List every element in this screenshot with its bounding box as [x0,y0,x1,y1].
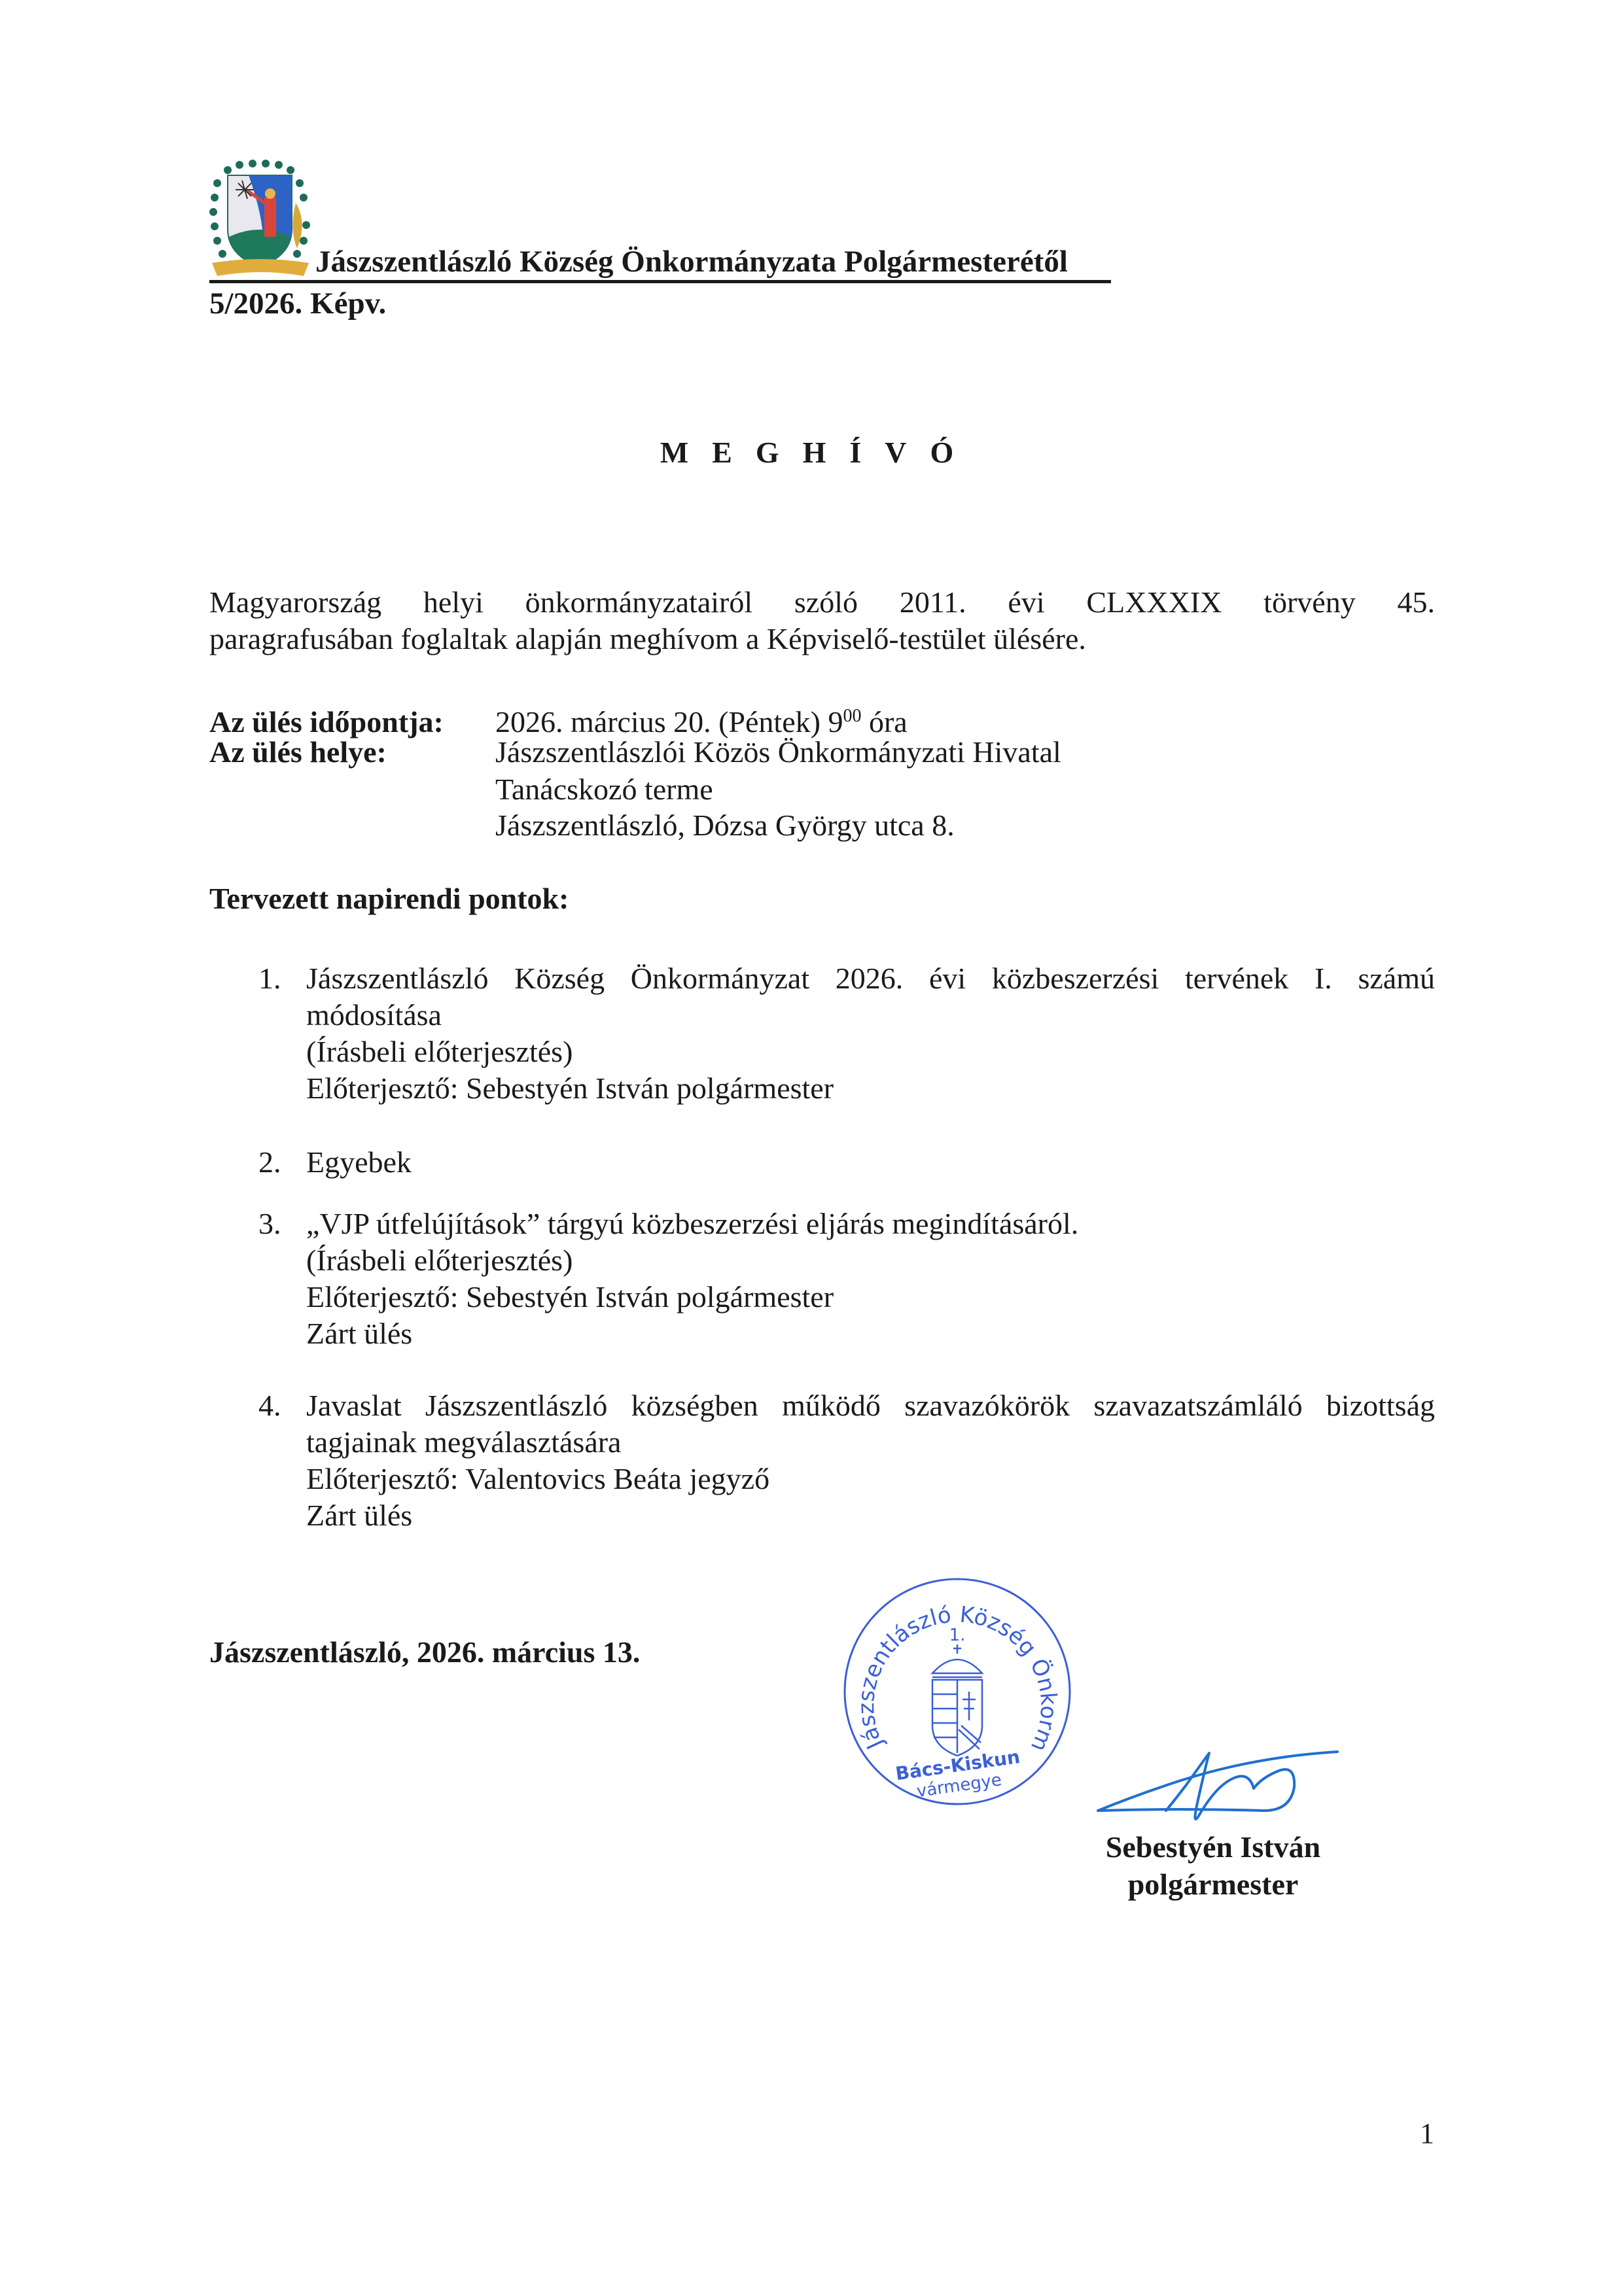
issuer-title: Jászszentlászló Község Önkormányzata Pol… [315,243,1068,280]
document-number: 5/2026. Képv. [209,285,386,322]
intro-line-2: paragrafusában foglaltak alapján meghívo… [209,622,1086,655]
agenda-item-line: Zárt ülés [306,1497,1435,1534]
meeting-place-line: Jászszentlászló, Dózsa György utca 8. [495,807,955,844]
agenda-item-line: Jászszentlászló Község Önkormányzat 2026… [306,960,1435,997]
header-underline [209,280,1111,283]
place-and-date: Jászszentlászló, 2026. március 13. [209,1634,640,1671]
intro-paragraph: Magyarország helyi önkormányzatairól szó… [209,584,1435,657]
agenda-item-line: módosítása [306,997,1435,1034]
svg-text:Jászszentlászló Község Önkormá: Jászszentlászló Község Önkormányzata [841,1575,1062,1755]
meeting-place-line: Jászszentlászlói Közös Önkormányzati Hiv… [495,734,1061,771]
meeting-place-line: Tanácskozó terme [495,771,713,808]
agenda-item-line: Előterjesztő: Sebestyén István polgármes… [306,1279,1435,1315]
agenda-item-line: „VJP útfelújítások” tárgyú közbeszerzési… [306,1206,1435,1242]
intro-line-1: Magyarország helyi önkormányzatairól szó… [209,584,1435,621]
agenda-item-line: (Írásbeli előterjesztés) [306,1242,1435,1279]
document-title: MEGHÍVÓ [0,434,1624,471]
meeting-time-minutes: 00 [843,706,861,726]
signer-name: Sebestyén István [1094,1829,1332,1866]
page-number: 1 [1420,2117,1434,2150]
coat-of-arms-icon [208,157,313,278]
agenda-item-line: Javaslat Jászszentlászló községben működ… [306,1387,1435,1424]
agenda-heading: Tervezett napirendi pontok: [209,880,569,917]
signature-icon [1094,1748,1343,1829]
agenda-item-line: (Írásbeli előterjesztés) [306,1034,1435,1070]
meeting-place-label: Az ülés helye: [209,734,387,771]
agenda-item-line: tagjainak megválasztására [306,1424,1435,1461]
official-stamp-icon: Jászszentlászló Község Önkormányzata 1. … [841,1575,1074,1808]
agenda-item-line: Egyebek [306,1144,1435,1181]
svg-text:1.: 1. [949,1626,966,1645]
signer-title: polgármester [1094,1866,1332,1903]
agenda-item-number: 2. [258,1144,281,1181]
agenda-item-number: 1. [258,960,281,997]
agenda-item-number: 3. [258,1206,281,1242]
agenda-item-line: Zárt ülés [306,1315,1435,1352]
agenda-item-line: Előterjesztő: Valentovics Beáta jegyző [306,1461,1435,1497]
agenda-item-line: Előterjesztő: Sebestyén István polgármes… [306,1070,1435,1107]
agenda-item-number: 4. [258,1387,281,1424]
